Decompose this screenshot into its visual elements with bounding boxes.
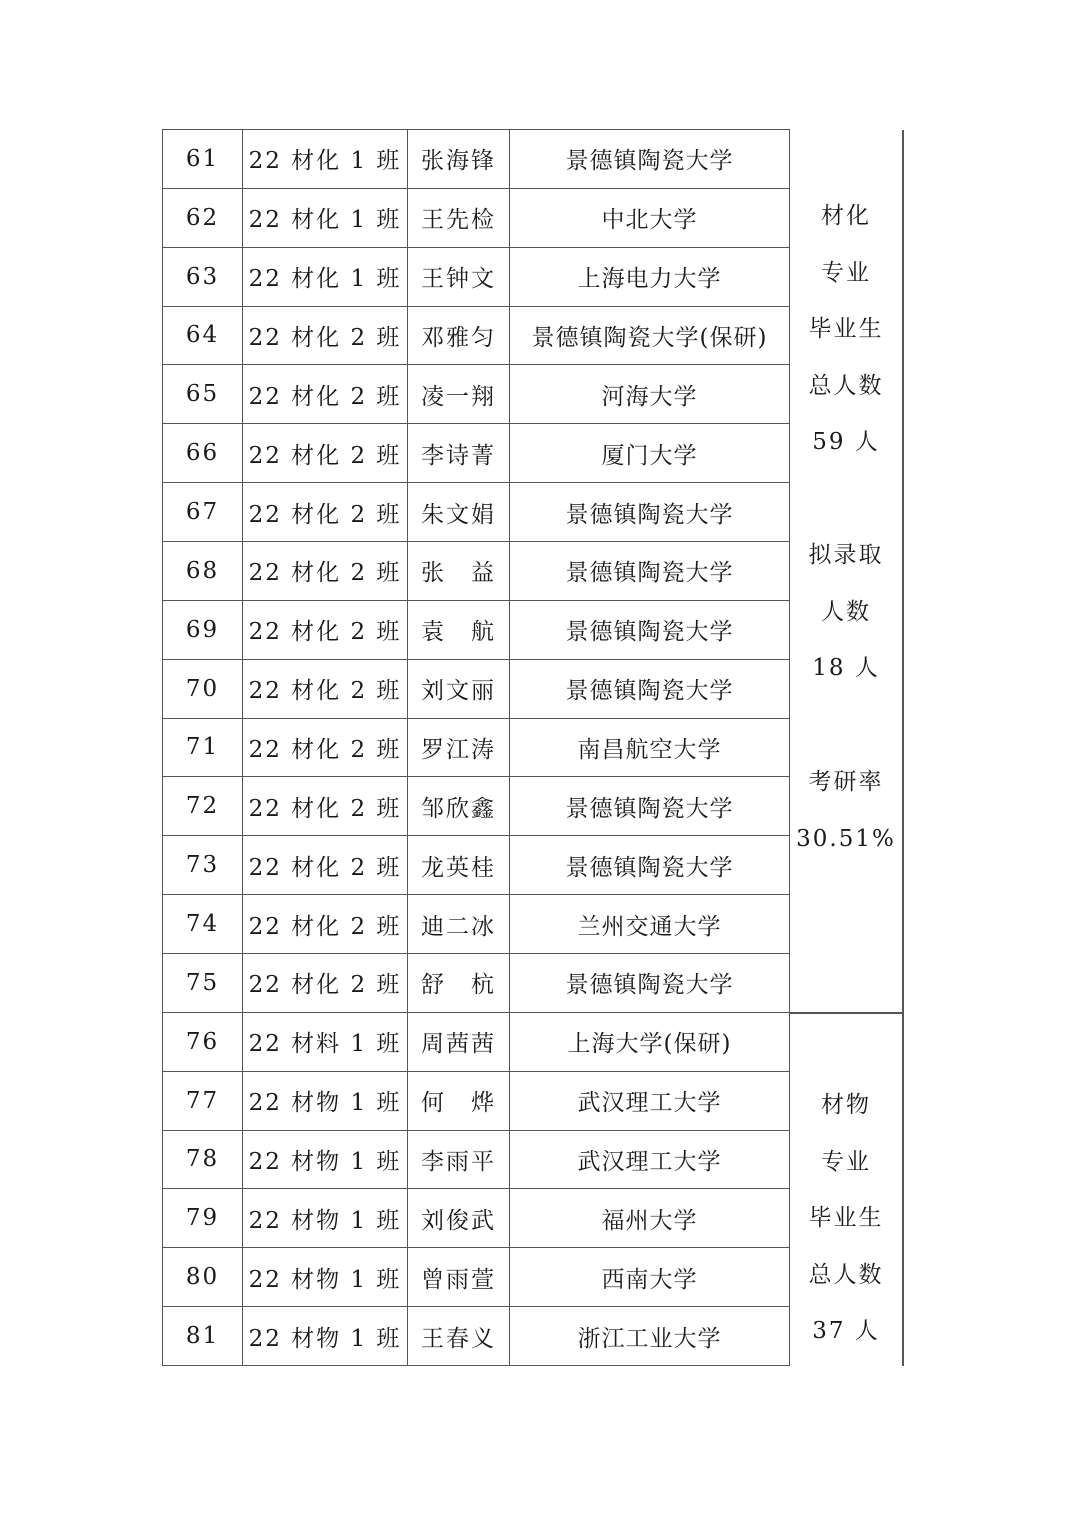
- summary-line: 材化: [790, 188, 902, 245]
- class-name: 22 材化 2 班: [243, 836, 408, 894]
- row-number: 62: [162, 189, 243, 247]
- class-name: 22 材化 2 班: [243, 424, 408, 482]
- right-border: [902, 130, 904, 1366]
- student-name: 曾雨萱: [408, 1248, 510, 1306]
- document-page: 6122 材化 1 班张海锋景德镇陶瓷大学6222 材化 1 班王先检中北大学6…: [0, 0, 1080, 1527]
- summary-line: 毕业生: [790, 301, 902, 358]
- student-name: 李雨平: [408, 1131, 510, 1189]
- summary-line: 人数: [790, 584, 902, 641]
- class-name: 22 材化 1 班: [243, 189, 408, 247]
- student-name: 周茜茜: [408, 1013, 510, 1071]
- student-name: 邓雅匀: [408, 307, 510, 365]
- student-name: 刘俊武: [408, 1189, 510, 1247]
- class-name: 22 材物 1 班: [243, 1307, 408, 1365]
- student-name: 邹欣鑫: [408, 777, 510, 835]
- class-name: 22 材化 2 班: [243, 542, 408, 600]
- table-row: 6422 材化 2 班邓雅匀景德镇陶瓷大学(保研): [162, 307, 790, 366]
- row-number: 66: [162, 424, 243, 482]
- class-name: 22 材料 1 班: [243, 1013, 408, 1071]
- row-number: 79: [162, 1189, 243, 1247]
- row-number: 74: [162, 895, 243, 953]
- admitted-school: 景德镇陶瓷大学: [510, 542, 790, 600]
- admitted-school: 武汉理工大学: [510, 1072, 790, 1130]
- table-row: 7422 材化 2 班迪二冰兰州交通大学: [162, 895, 790, 954]
- table-row: 6522 材化 2 班凌一翔河海大学: [162, 365, 790, 424]
- student-name: 袁 航: [408, 601, 510, 659]
- phys-summary-total: 材物 专业 毕业生 总人数 37 人: [790, 1077, 902, 1360]
- student-name: 舒 杭: [408, 954, 510, 1012]
- row-number: 67: [162, 483, 243, 541]
- student-name: 龙英桂: [408, 836, 510, 894]
- student-name: 张 益: [408, 542, 510, 600]
- class-name: 22 材化 2 班: [243, 483, 408, 541]
- student-name: 罗江涛: [408, 719, 510, 777]
- student-name: 王春义: [408, 1307, 510, 1365]
- admitted-school: 景德镇陶瓷大学: [510, 483, 790, 541]
- admitted-school: 景德镇陶瓷大学: [510, 836, 790, 894]
- table-row: 7122 材化 2 班罗江涛南昌航空大学: [162, 719, 790, 778]
- admitted-school: 上海电力大学: [510, 248, 790, 306]
- table-row: 6722 材化 2 班朱文娟景德镇陶瓷大学: [162, 483, 790, 542]
- table-row: 6222 材化 1 班王先检中北大学: [162, 189, 790, 248]
- class-name: 22 材化 1 班: [243, 248, 408, 306]
- table-row: 6822 材化 2 班张 益景德镇陶瓷大学: [162, 542, 790, 601]
- summary-line: 拟录取: [790, 527, 902, 584]
- student-name: 张海锋: [408, 130, 510, 188]
- student-name: 凌一翔: [408, 365, 510, 423]
- row-number: 63: [162, 248, 243, 306]
- row-number: 68: [162, 542, 243, 600]
- student-name: 何 烨: [408, 1072, 510, 1130]
- chem-summary-total: 材化 专业 毕业生 总人数 59 人: [790, 188, 902, 471]
- student-name: 迪二冰: [408, 895, 510, 953]
- admitted-school: 中北大学: [510, 189, 790, 247]
- summary-line: 考研率: [790, 754, 902, 811]
- table-row: 8122 材物 1 班王春义浙江工业大学: [162, 1307, 790, 1366]
- table-row: 7322 材化 2 班龙英桂景德镇陶瓷大学: [162, 836, 790, 895]
- class-name: 22 材化 2 班: [243, 307, 408, 365]
- class-name: 22 材物 1 班: [243, 1131, 408, 1189]
- row-number: 72: [162, 777, 243, 835]
- summary-line: 总人数: [790, 358, 902, 415]
- row-number: 81: [162, 1307, 243, 1365]
- class-name: 22 材物 1 班: [243, 1189, 408, 1247]
- table-row: 7022 材化 2 班刘文丽景德镇陶瓷大学: [162, 660, 790, 719]
- table-row: 7222 材化 2 班邹欣鑫景德镇陶瓷大学: [162, 777, 790, 836]
- table-row: 6622 材化 2 班李诗菁厦门大学: [162, 424, 790, 483]
- admitted-school: 上海大学(保研): [510, 1013, 790, 1071]
- table-row: 7722 材物 1 班何 烨武汉理工大学: [162, 1072, 790, 1131]
- row-number: 80: [162, 1248, 243, 1306]
- summary-line: 毕业生: [790, 1190, 902, 1247]
- admitted-school: 景德镇陶瓷大学: [510, 601, 790, 659]
- summary-line: 37 人: [790, 1303, 902, 1360]
- admitted-school: 景德镇陶瓷大学: [510, 660, 790, 718]
- class-name: 22 材化 2 班: [243, 777, 408, 835]
- class-name: 22 材化 2 班: [243, 895, 408, 953]
- row-number: 75: [162, 954, 243, 1012]
- table-row: 8022 材物 1 班曾雨萱西南大学: [162, 1248, 790, 1307]
- summary-line: 18 人: [790, 640, 902, 697]
- row-number: 64: [162, 307, 243, 365]
- major-separator: [790, 1012, 904, 1014]
- class-name: 22 材化 2 班: [243, 660, 408, 718]
- table-row: 7522 材化 2 班舒 杭景德镇陶瓷大学: [162, 954, 790, 1013]
- summary-line: 30.51%: [790, 811, 902, 868]
- table-row: 6322 材化 1 班王钟文上海电力大学: [162, 248, 790, 307]
- row-number: 76: [162, 1013, 243, 1071]
- admitted-school: 景德镇陶瓷大学(保研): [510, 307, 790, 365]
- admitted-school: 景德镇陶瓷大学: [510, 130, 790, 188]
- admitted-school: 南昌航空大学: [510, 719, 790, 777]
- table-row: 7622 材料 1 班周茜茜上海大学(保研): [162, 1013, 790, 1072]
- table-row: 7822 材物 1 班李雨平武汉理工大学: [162, 1131, 790, 1190]
- row-number: 61: [162, 130, 243, 188]
- row-number: 78: [162, 1131, 243, 1189]
- admitted-school: 河海大学: [510, 365, 790, 423]
- row-number: 65: [162, 365, 243, 423]
- admitted-school: 福州大学: [510, 1189, 790, 1247]
- chem-summary-rate: 考研率 30.51%: [790, 754, 902, 867]
- student-name: 刘文丽: [408, 660, 510, 718]
- summary-line: 材物: [790, 1077, 902, 1134]
- class-name: 22 材化 2 班: [243, 365, 408, 423]
- row-number: 73: [162, 836, 243, 894]
- admitted-school: 景德镇陶瓷大学: [510, 777, 790, 835]
- table-row: 7922 材物 1 班刘俊武福州大学: [162, 1189, 790, 1248]
- class-name: 22 材化 2 班: [243, 719, 408, 777]
- admitted-school: 武汉理工大学: [510, 1131, 790, 1189]
- admitted-school: 浙江工业大学: [510, 1307, 790, 1365]
- summary-line: 专业: [790, 245, 902, 302]
- table-row: 6122 材化 1 班张海锋景德镇陶瓷大学: [162, 129, 790, 189]
- summary-line: 59 人: [790, 414, 902, 471]
- class-name: 22 材化 1 班: [243, 130, 408, 188]
- admitted-school: 西南大学: [510, 1248, 790, 1306]
- row-number: 71: [162, 719, 243, 777]
- class-name: 22 材化 2 班: [243, 954, 408, 1012]
- summary-line: 专业: [790, 1134, 902, 1191]
- class-name: 22 材物 1 班: [243, 1248, 408, 1306]
- table-row: 6922 材化 2 班袁 航景德镇陶瓷大学: [162, 601, 790, 660]
- student-name: 朱文娟: [408, 483, 510, 541]
- admitted-school: 景德镇陶瓷大学: [510, 954, 790, 1012]
- row-number: 70: [162, 660, 243, 718]
- admitted-school: 兰州交通大学: [510, 895, 790, 953]
- student-name: 李诗菁: [408, 424, 510, 482]
- student-name: 王先检: [408, 189, 510, 247]
- class-name: 22 材物 1 班: [243, 1072, 408, 1130]
- row-number: 77: [162, 1072, 243, 1130]
- chem-summary-admitted: 拟录取 人数 18 人: [790, 527, 902, 697]
- row-number: 69: [162, 601, 243, 659]
- summary-line: 总人数: [790, 1247, 902, 1304]
- class-name: 22 材化 2 班: [243, 601, 408, 659]
- student-name: 王钟文: [408, 248, 510, 306]
- admitted-school: 厦门大学: [510, 424, 790, 482]
